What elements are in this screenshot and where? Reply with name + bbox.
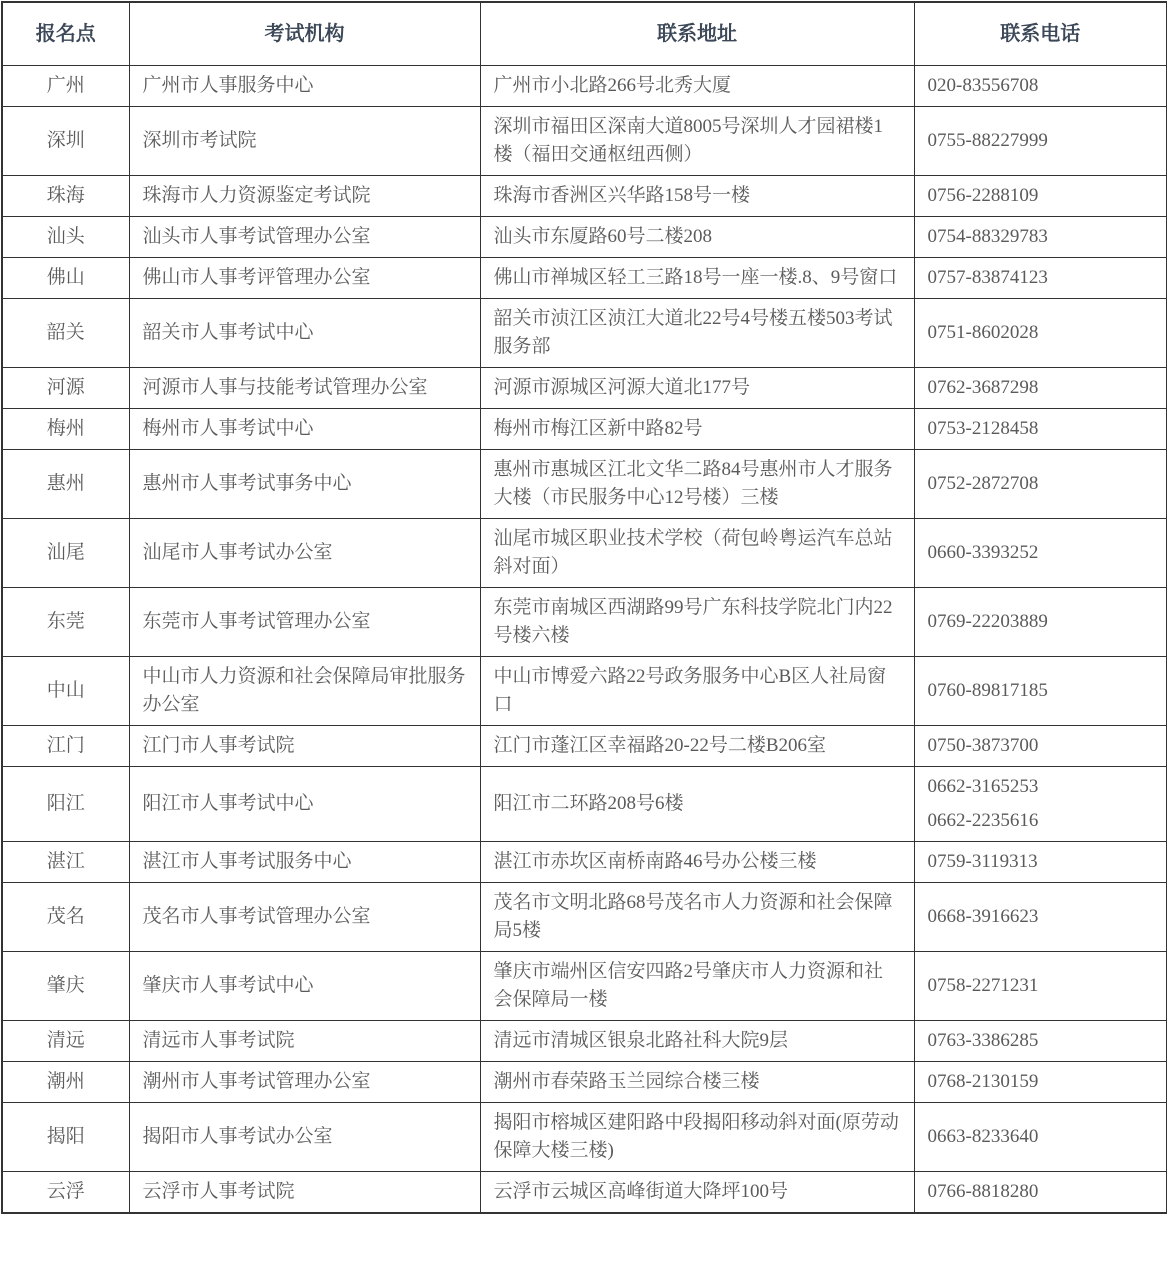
cell-address: 汕尾市城区职业技术学校（荷包岭粤运汽车总站斜对面） (480, 519, 914, 588)
cell-address: 湛江市赤坎区南桥南路46号办公楼三楼 (480, 842, 914, 883)
cell-phone: 0766-8818280 (914, 1172, 1167, 1214)
phone-number: 0760-89817185 (928, 677, 1154, 705)
table-body: 广州广州市人事服务中心广州市小北路266号北秀大厦020-83556708深圳深… (2, 66, 1167, 1214)
table-row: 肇庆肇庆市人事考试中心肇庆市端州区信安四路2号肇庆市人力资源和社会保障局一楼07… (2, 952, 1167, 1021)
table-row: 汕尾汕尾市人事考试办公室汕尾市城区职业技术学校（荷包岭粤运汽车总站斜对面）066… (2, 519, 1167, 588)
cell-org: 东莞市人事考试管理办公室 (129, 588, 480, 657)
cell-city: 湛江 (2, 842, 129, 883)
phone-number: 0758-2271231 (928, 972, 1154, 1000)
table-header: 报名点 考试机构 联系地址 联系电话 (2, 2, 1167, 66)
cell-phone: 0757-83874123 (914, 258, 1167, 299)
cell-address: 深圳市福田区深南大道8005号深圳人才园裙楼1楼（福田交通枢纽西侧） (480, 107, 914, 176)
cell-org: 云浮市人事考试院 (129, 1172, 480, 1214)
cell-org: 汕头市人事考试管理办公室 (129, 217, 480, 258)
table-row: 韶关韶关市人事考试中心韶关市浈江区浈江大道北22号4号楼五楼503考试服务部07… (2, 299, 1167, 368)
cell-city: 珠海 (2, 176, 129, 217)
cell-city: 清远 (2, 1021, 129, 1062)
cell-org: 广州市人事服务中心 (129, 66, 480, 107)
cell-city: 河源 (2, 368, 129, 409)
cell-city: 佛山 (2, 258, 129, 299)
phone-number: 0753-2128458 (928, 415, 1154, 443)
cell-city: 韶关 (2, 299, 129, 368)
cell-org: 深圳市考试院 (129, 107, 480, 176)
cell-address: 韶关市浈江区浈江大道北22号4号楼五楼503考试服务部 (480, 299, 914, 368)
cell-phone: 0758-2271231 (914, 952, 1167, 1021)
phone-number: 0763-3386285 (928, 1027, 1154, 1055)
table-row: 潮州潮州市人事考试管理办公室潮州市春荣路玉兰园综合楼三楼0768-2130159 (2, 1062, 1167, 1103)
cell-city: 梅州 (2, 409, 129, 450)
cell-phone: 0755-88227999 (914, 107, 1167, 176)
table-row: 湛江湛江市人事考试服务中心湛江市赤坎区南桥南路46号办公楼三楼0759-3119… (2, 842, 1167, 883)
header-cell-city: 报名点 (2, 2, 129, 66)
phone-number: 0663-8233640 (928, 1123, 1154, 1151)
cell-city: 潮州 (2, 1062, 129, 1103)
cell-org: 梅州市人事考试中心 (129, 409, 480, 450)
phone-number: 0754-88329783 (928, 223, 1154, 251)
cell-city: 深圳 (2, 107, 129, 176)
page: 报名点 考试机构 联系地址 联系电话 广州广州市人事服务中心广州市小北路266号… (0, 0, 1167, 1272)
cell-org: 清远市人事考试院 (129, 1021, 480, 1062)
cell-phone: 0763-3386285 (914, 1021, 1167, 1062)
cell-phone: 0769-22203889 (914, 588, 1167, 657)
cell-org: 揭阳市人事考试办公室 (129, 1103, 480, 1172)
exam-contact-table: 报名点 考试机构 联系地址 联系电话 广州广州市人事服务中心广州市小北路266号… (1, 1, 1167, 1214)
cell-address: 河源市源城区河源大道北177号 (480, 368, 914, 409)
cell-address: 清远市清城区银泉北路社科大院9层 (480, 1021, 914, 1062)
cell-phone: 0663-8233640 (914, 1103, 1167, 1172)
cell-org: 肇庆市人事考试中心 (129, 952, 480, 1021)
table-row: 深圳深圳市考试院深圳市福田区深南大道8005号深圳人才园裙楼1楼（福田交通枢纽西… (2, 107, 1167, 176)
header-cell-address: 联系地址 (480, 2, 914, 66)
cell-phone: 0660-3393252 (914, 519, 1167, 588)
phone-number: 0769-22203889 (928, 608, 1154, 636)
cell-address: 肇庆市端州区信安四路2号肇庆市人力资源和社会保障局一楼 (480, 952, 914, 1021)
cell-phone: 0760-89817185 (914, 657, 1167, 726)
cell-org: 珠海市人力资源鉴定考试院 (129, 176, 480, 217)
table-row: 河源河源市人事与技能考试管理办公室河源市源城区河源大道北177号0762-368… (2, 368, 1167, 409)
phone-number: 0756-2288109 (928, 182, 1154, 210)
cell-address: 茂名市文明北路68号茂名市人力资源和社会保障局5楼 (480, 883, 914, 952)
cell-phone: 020-83556708 (914, 66, 1167, 107)
cell-org: 韶关市人事考试中心 (129, 299, 480, 368)
phone-number: 0759-3119313 (928, 848, 1154, 876)
table-row: 江门江门市人事考试院江门市蓬江区幸福路20-22号二楼B206室0750-387… (2, 726, 1167, 767)
table-row: 惠州惠州市人事考试事务中心惠州市惠城区江北文华二路84号惠州市人才服务大楼（市民… (2, 450, 1167, 519)
cell-city: 广州 (2, 66, 129, 107)
cell-address: 阳江市二环路208号6楼 (480, 767, 914, 842)
cell-city: 中山 (2, 657, 129, 726)
phone-number: 0668-3916623 (928, 903, 1154, 931)
cell-city: 惠州 (2, 450, 129, 519)
cell-org: 江门市人事考试院 (129, 726, 480, 767)
cell-address: 江门市蓬江区幸福路20-22号二楼B206室 (480, 726, 914, 767)
cell-address: 中山市博爱六路22号政务服务中心B区人社局窗口 (480, 657, 914, 726)
header-cell-org: 考试机构 (129, 2, 480, 66)
cell-org: 湛江市人事考试服务中心 (129, 842, 480, 883)
phone-number: 0662-2235616 (928, 807, 1154, 835)
table-row: 汕头汕头市人事考试管理办公室汕头市东厦路60号二楼2080754-8832978… (2, 217, 1167, 258)
cell-city: 茂名 (2, 883, 129, 952)
header-row: 报名点 考试机构 联系地址 联系电话 (2, 2, 1167, 66)
cell-city: 揭阳 (2, 1103, 129, 1172)
cell-phone: 0756-2288109 (914, 176, 1167, 217)
table-row: 梅州梅州市人事考试中心梅州市梅江区新中路82号0753-2128458 (2, 409, 1167, 450)
table-row: 珠海珠海市人力资源鉴定考试院珠海市香洲区兴华路158号一楼0756-228810… (2, 176, 1167, 217)
phone-number: 020-83556708 (928, 72, 1154, 100)
table-row: 佛山佛山市人事考评管理办公室佛山市禅城区轻工三路18号一座一楼.8、9号窗口07… (2, 258, 1167, 299)
table-row: 东莞东莞市人事考试管理办公室东莞市南城区西湖路99号广东科技学院北门内22号楼六… (2, 588, 1167, 657)
cell-city: 云浮 (2, 1172, 129, 1214)
cell-phone: 0753-2128458 (914, 409, 1167, 450)
table-row: 中山中山市人力资源和社会保障局审批服务办公室中山市博爱六路22号政务服务中心B区… (2, 657, 1167, 726)
cell-org: 汕尾市人事考试办公室 (129, 519, 480, 588)
cell-phone: 0759-3119313 (914, 842, 1167, 883)
phone-number: 0750-3873700 (928, 732, 1154, 760)
table-row: 茂名茂名市人事考试管理办公室茂名市文明北路68号茂名市人力资源和社会保障局5楼0… (2, 883, 1167, 952)
cell-phone: 0750-3873700 (914, 726, 1167, 767)
header-cell-phone: 联系电话 (914, 2, 1167, 66)
cell-address: 云浮市云城区高峰街道大降坪100号 (480, 1172, 914, 1214)
cell-address: 汕头市东厦路60号二楼208 (480, 217, 914, 258)
cell-org: 潮州市人事考试管理办公室 (129, 1062, 480, 1103)
cell-city: 东莞 (2, 588, 129, 657)
cell-city: 汕头 (2, 217, 129, 258)
cell-address: 潮州市春荣路玉兰园综合楼三楼 (480, 1062, 914, 1103)
cell-org: 中山市人力资源和社会保障局审批服务办公室 (129, 657, 480, 726)
cell-address: 梅州市梅江区新中路82号 (480, 409, 914, 450)
phone-number: 0766-8818280 (928, 1178, 1154, 1206)
cell-address: 广州市小北路266号北秀大厦 (480, 66, 914, 107)
cell-address: 东莞市南城区西湖路99号广东科技学院北门内22号楼六楼 (480, 588, 914, 657)
phone-number: 0762-3687298 (928, 374, 1154, 402)
phone-number: 0660-3393252 (928, 539, 1154, 567)
table-row: 云浮云浮市人事考试院云浮市云城区高峰街道大降坪100号0766-8818280 (2, 1172, 1167, 1214)
cell-city: 肇庆 (2, 952, 129, 1021)
cell-phone: 0762-3687298 (914, 368, 1167, 409)
phone-number: 0768-2130159 (928, 1068, 1154, 1096)
cell-address: 揭阳市榕城区建阳路中段揭阳移动斜对面(原劳动保障大楼三楼) (480, 1103, 914, 1172)
phone-number: 0662-3165253 (928, 773, 1154, 801)
cell-org: 阳江市人事考试中心 (129, 767, 480, 842)
cell-org: 河源市人事与技能考试管理办公室 (129, 368, 480, 409)
cell-address: 惠州市惠城区江北文华二路84号惠州市人才服务大楼（市民服务中心12号楼）三楼 (480, 450, 914, 519)
table-row: 清远清远市人事考试院清远市清城区银泉北路社科大院9层0763-3386285 (2, 1021, 1167, 1062)
cell-org: 茂名市人事考试管理办公室 (129, 883, 480, 952)
cell-address: 佛山市禅城区轻工三路18号一座一楼.8、9号窗口 (480, 258, 914, 299)
cell-address: 珠海市香洲区兴华路158号一楼 (480, 176, 914, 217)
table-row: 揭阳揭阳市人事考试办公室揭阳市榕城区建阳路中段揭阳移动斜对面(原劳动保障大楼三楼… (2, 1103, 1167, 1172)
cell-city: 汕尾 (2, 519, 129, 588)
phone-number: 0755-88227999 (928, 127, 1154, 155)
cell-phone: 0754-88329783 (914, 217, 1167, 258)
cell-phone: 0751-8602028 (914, 299, 1167, 368)
table-row: 阳江阳江市人事考试中心阳江市二环路208号6楼0662-31652530662-… (2, 767, 1167, 842)
phone-number: 0751-8602028 (928, 319, 1154, 347)
cell-org: 惠州市人事考试事务中心 (129, 450, 480, 519)
phone-number: 0757-83874123 (928, 264, 1154, 292)
table-row: 广州广州市人事服务中心广州市小北路266号北秀大厦020-83556708 (2, 66, 1167, 107)
cell-city: 江门 (2, 726, 129, 767)
phone-number: 0752-2872708 (928, 470, 1154, 498)
cell-org: 佛山市人事考评管理办公室 (129, 258, 480, 299)
cell-phone: 0662-31652530662-2235616 (914, 767, 1167, 842)
cell-phone: 0752-2872708 (914, 450, 1167, 519)
cell-phone: 0668-3916623 (914, 883, 1167, 952)
cell-city: 阳江 (2, 767, 129, 842)
cell-phone: 0768-2130159 (914, 1062, 1167, 1103)
